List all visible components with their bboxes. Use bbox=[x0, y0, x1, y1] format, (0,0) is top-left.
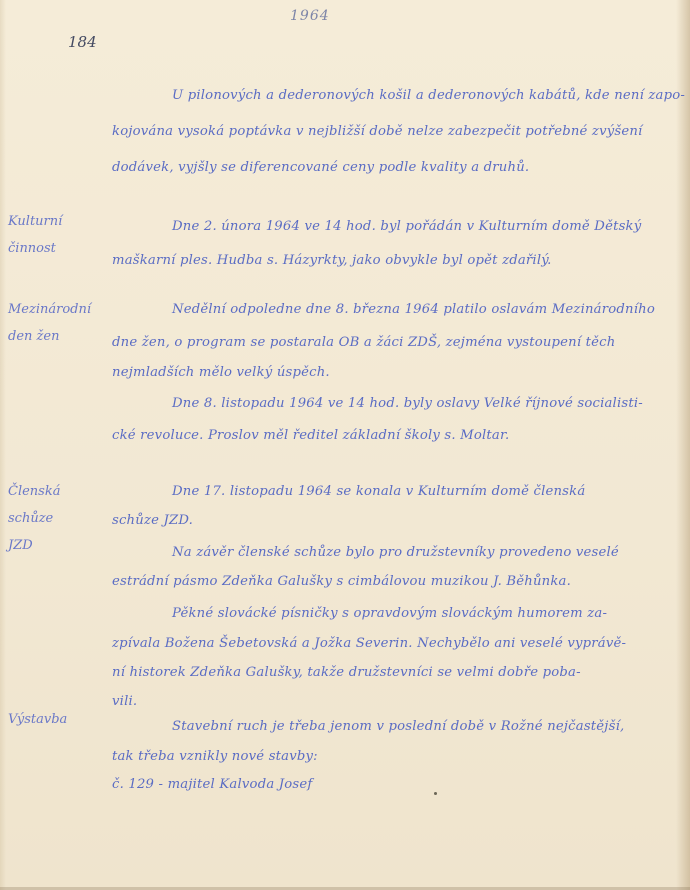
ink-spot bbox=[434, 792, 437, 795]
text-line: estrádní pásmo Zdeňka Galušky s cimbálov… bbox=[112, 574, 571, 589]
text-line: Stavební ruch je třeba jenom v poslední … bbox=[172, 719, 624, 734]
text-line: dne žen, o program se postarala OB a žác… bbox=[112, 335, 615, 350]
text-line: Dne 2. února 1964 ve 14 hod. byl pořádán… bbox=[172, 219, 641, 234]
text-line: tak třeba vznikly nové stavby: bbox=[112, 749, 318, 764]
margin-heading-line: Mezinárodní bbox=[8, 296, 108, 323]
text-line: Dne 8. listopadu 1964 ve 14 hod. byly os… bbox=[172, 396, 643, 411]
margin-heading-line: Členská schůze bbox=[8, 478, 108, 532]
page-number: 184 bbox=[68, 33, 97, 51]
text-line: kojována vysoká poptávka v nejbližší dob… bbox=[112, 124, 642, 139]
margin-heading-line: Výstavba bbox=[8, 706, 108, 733]
margin-heading-vystavba: Výstavba bbox=[8, 706, 108, 733]
text-line: Pěkné slovácké písničky s opravdovým slo… bbox=[172, 606, 607, 621]
text-line: cké revoluce. Proslov měl ředitel základ… bbox=[112, 428, 509, 443]
text-line: č. 129 - majitel Kalvoda Josef bbox=[112, 777, 312, 792]
text-line: Na závěr členské schůze bylo pro družste… bbox=[172, 545, 619, 560]
text-line: dodávek, vyjšly se diferencované ceny po… bbox=[112, 160, 529, 175]
text-line: Dne 17. listopadu 1964 se konala v Kultu… bbox=[172, 484, 585, 499]
text-line: Nedělní odpoledne dne 8. března 1964 pla… bbox=[172, 302, 655, 317]
margin-heading-line: Kulturní bbox=[8, 208, 108, 235]
margin-heading-clenska-schuze-jzd: Členská schůze JZD bbox=[8, 478, 108, 559]
text-line: nejmladších mělo velký úspěch. bbox=[112, 365, 330, 380]
chronicle-page: 1964 184 U pilonových a dederonových koš… bbox=[0, 0, 690, 890]
text-line: zpívala Božena Šebetovská a Jožka Severi… bbox=[112, 636, 626, 651]
margin-heading-mezinarodni-den-zen: Mezinárodní den žen bbox=[8, 296, 108, 350]
text-line: schůze JZD. bbox=[112, 513, 193, 528]
text-line: maškarní ples. Hudba s. Házyrkty, jako o… bbox=[112, 253, 552, 268]
margin-heading-kulturni-cinnost: Kulturní činnost bbox=[8, 208, 108, 262]
margin-heading-line: činnost bbox=[8, 235, 108, 262]
text-line: ní historek Zdeňka Galušky, takže družst… bbox=[112, 665, 581, 680]
page-header-year: 1964 bbox=[290, 8, 330, 24]
text-line: U pilonových a dederonových košil a dede… bbox=[172, 88, 685, 103]
text-line: vili. bbox=[112, 694, 137, 709]
margin-heading-line: den žen bbox=[8, 323, 108, 350]
margin-heading-line: JZD bbox=[8, 532, 108, 559]
